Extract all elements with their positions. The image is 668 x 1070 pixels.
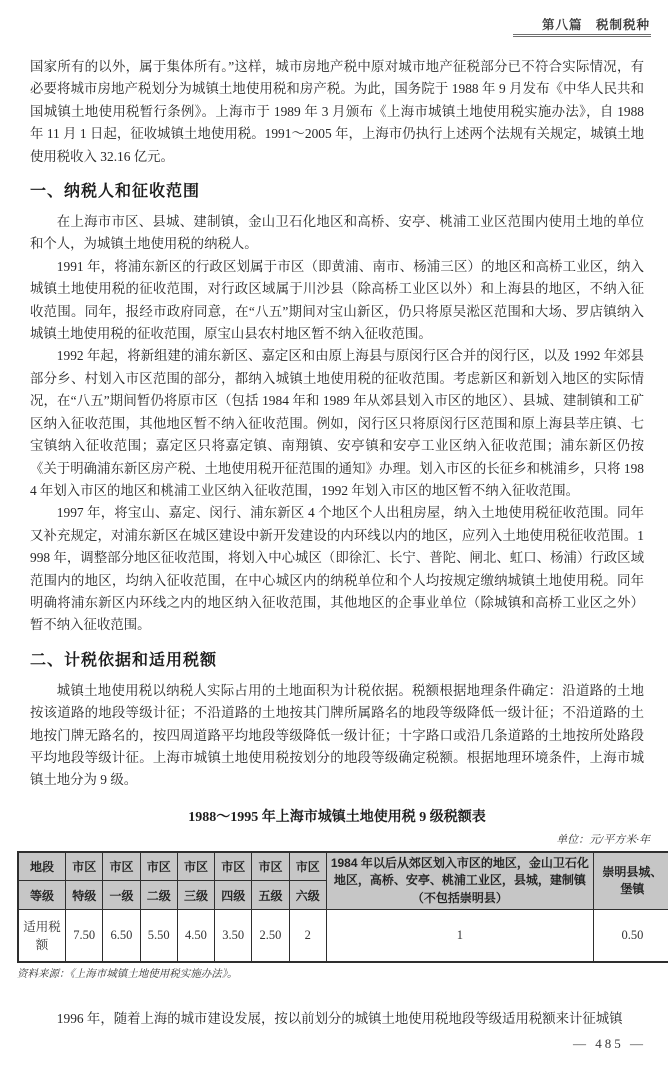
table-source-note: 资料来源：《上海市城镇土地使用税实施办法》。 [17, 968, 644, 982]
document-page: 第八篇 税制税种 国家所有的以外，属于集体所有。”这样，城市房地产税中原对城市地… [0, 0, 668, 1070]
header-cell-shiqu: 市区 [66, 852, 103, 881]
closing-paragraph: 1996 年，随着上海的城市建设发展，按以前划分的城镇土地使用税地段等级适用税额… [30, 1008, 644, 1030]
header-cell-grade-1: 一级 [103, 881, 140, 910]
section-2-heading: 二、计税依据和适用税额 [30, 650, 644, 672]
header-cell-shiqu: 市区 [289, 852, 326, 881]
value-cell-grade-6: 2 [289, 910, 326, 962]
value-cell-1984-areas: 1 [326, 910, 593, 962]
header-cell-grade-2: 二级 [140, 881, 177, 910]
table-title: 1988～1995 年上海市城镇土地使用税 9 级税额表 [30, 808, 644, 828]
table-data-row: 适用税额 7.50 6.50 5.50 4.50 3.50 2.50 2 1 0… [18, 910, 668, 962]
table-header-row-1: 地段 市区 市区 市区 市区 市区 市区 市区 1984 年以后从郊区划入市区的… [18, 852, 668, 881]
chapter-title: 第八篇 税制税种 [542, 18, 650, 32]
section-1-paragraph-2: 1991 年，将浦东新区的行政区划属于市区（即黄浦、南市、杨浦三区）的地区和高桥… [30, 256, 644, 346]
header-cell-grade-6: 六级 [289, 881, 326, 910]
page-number: — 485 — [573, 1036, 646, 1052]
header-cell-shiqu: 市区 [177, 852, 214, 881]
intro-paragraph: 国家所有的以外，属于集体所有。”这样，城市房地产税中原对城市地产征税部分已不符合… [30, 56, 644, 168]
value-cell-grade-3: 4.50 [177, 910, 214, 962]
section-1-paragraph-3: 1992 年起，将新组建的浦东新区、嘉定区和由原上海县与原闵行区合并的闵行区，以… [30, 345, 644, 502]
row-label-cell: 适用税额 [18, 910, 66, 962]
header-cell-shiqu: 市区 [215, 852, 252, 881]
header-cell-grade-special: 特级 [66, 881, 103, 910]
value-cell-special: 7.50 [66, 910, 103, 962]
page-content: 国家所有的以外，属于集体所有。”这样，城市房地产税中原对城市地产征税部分已不符合… [30, 56, 644, 1030]
value-cell-grade-2: 5.50 [140, 910, 177, 962]
section-2-paragraph-1: 城镇土地使用税以纳税人实际占用的土地面积为计税依据。税额根据地理条件确定：沿道路… [30, 680, 644, 792]
page-header: 第八篇 税制税种 [542, 15, 650, 33]
header-cell-dengji: 等级 [18, 881, 66, 910]
header-cell-shiqu: 市区 [252, 852, 289, 881]
value-cell-grade-4: 3.50 [215, 910, 252, 962]
header-cell-diduan: 地段 [18, 852, 66, 881]
header-cell-grade-3: 三级 [177, 881, 214, 910]
value-cell-chongming: 0.50 [593, 910, 668, 962]
header-cell-shiqu: 市区 [103, 852, 140, 881]
table-unit-note: 单位：元/平方米·年 [30, 833, 650, 848]
header-cell-grade-4: 四级 [215, 881, 252, 910]
tax-rate-table: 地段 市区 市区 市区 市区 市区 市区 市区 1984 年以后从郊区划入市区的… [17, 851, 668, 963]
header-cell-shiqu: 市区 [140, 852, 177, 881]
section-1-paragraph-4: 1997 年，将宝山、嘉定、闵行、浦东新区 4 个地区个人出租房屋，纳入土地使用… [30, 502, 644, 636]
header-rule [513, 34, 651, 37]
header-cell-grade-5: 五级 [252, 881, 289, 910]
value-cell-grade-5: 2.50 [252, 910, 289, 962]
header-cell-1984-areas: 1984 年以后从郊区划入市区的地区，金山卫石化地区，高桥、安亭、桃浦工业区，县… [326, 852, 593, 910]
header-cell-chongming: 崇明县城、堡镇 [593, 852, 668, 910]
section-1-paragraph-1: 在上海市市区、县城、建制镇，金山卫石化地区和高桥、安亭、桃浦工业区范围内使用土地… [30, 211, 644, 256]
section-1-heading: 一、纳税人和征收范围 [30, 181, 644, 203]
value-cell-grade-1: 6.50 [103, 910, 140, 962]
